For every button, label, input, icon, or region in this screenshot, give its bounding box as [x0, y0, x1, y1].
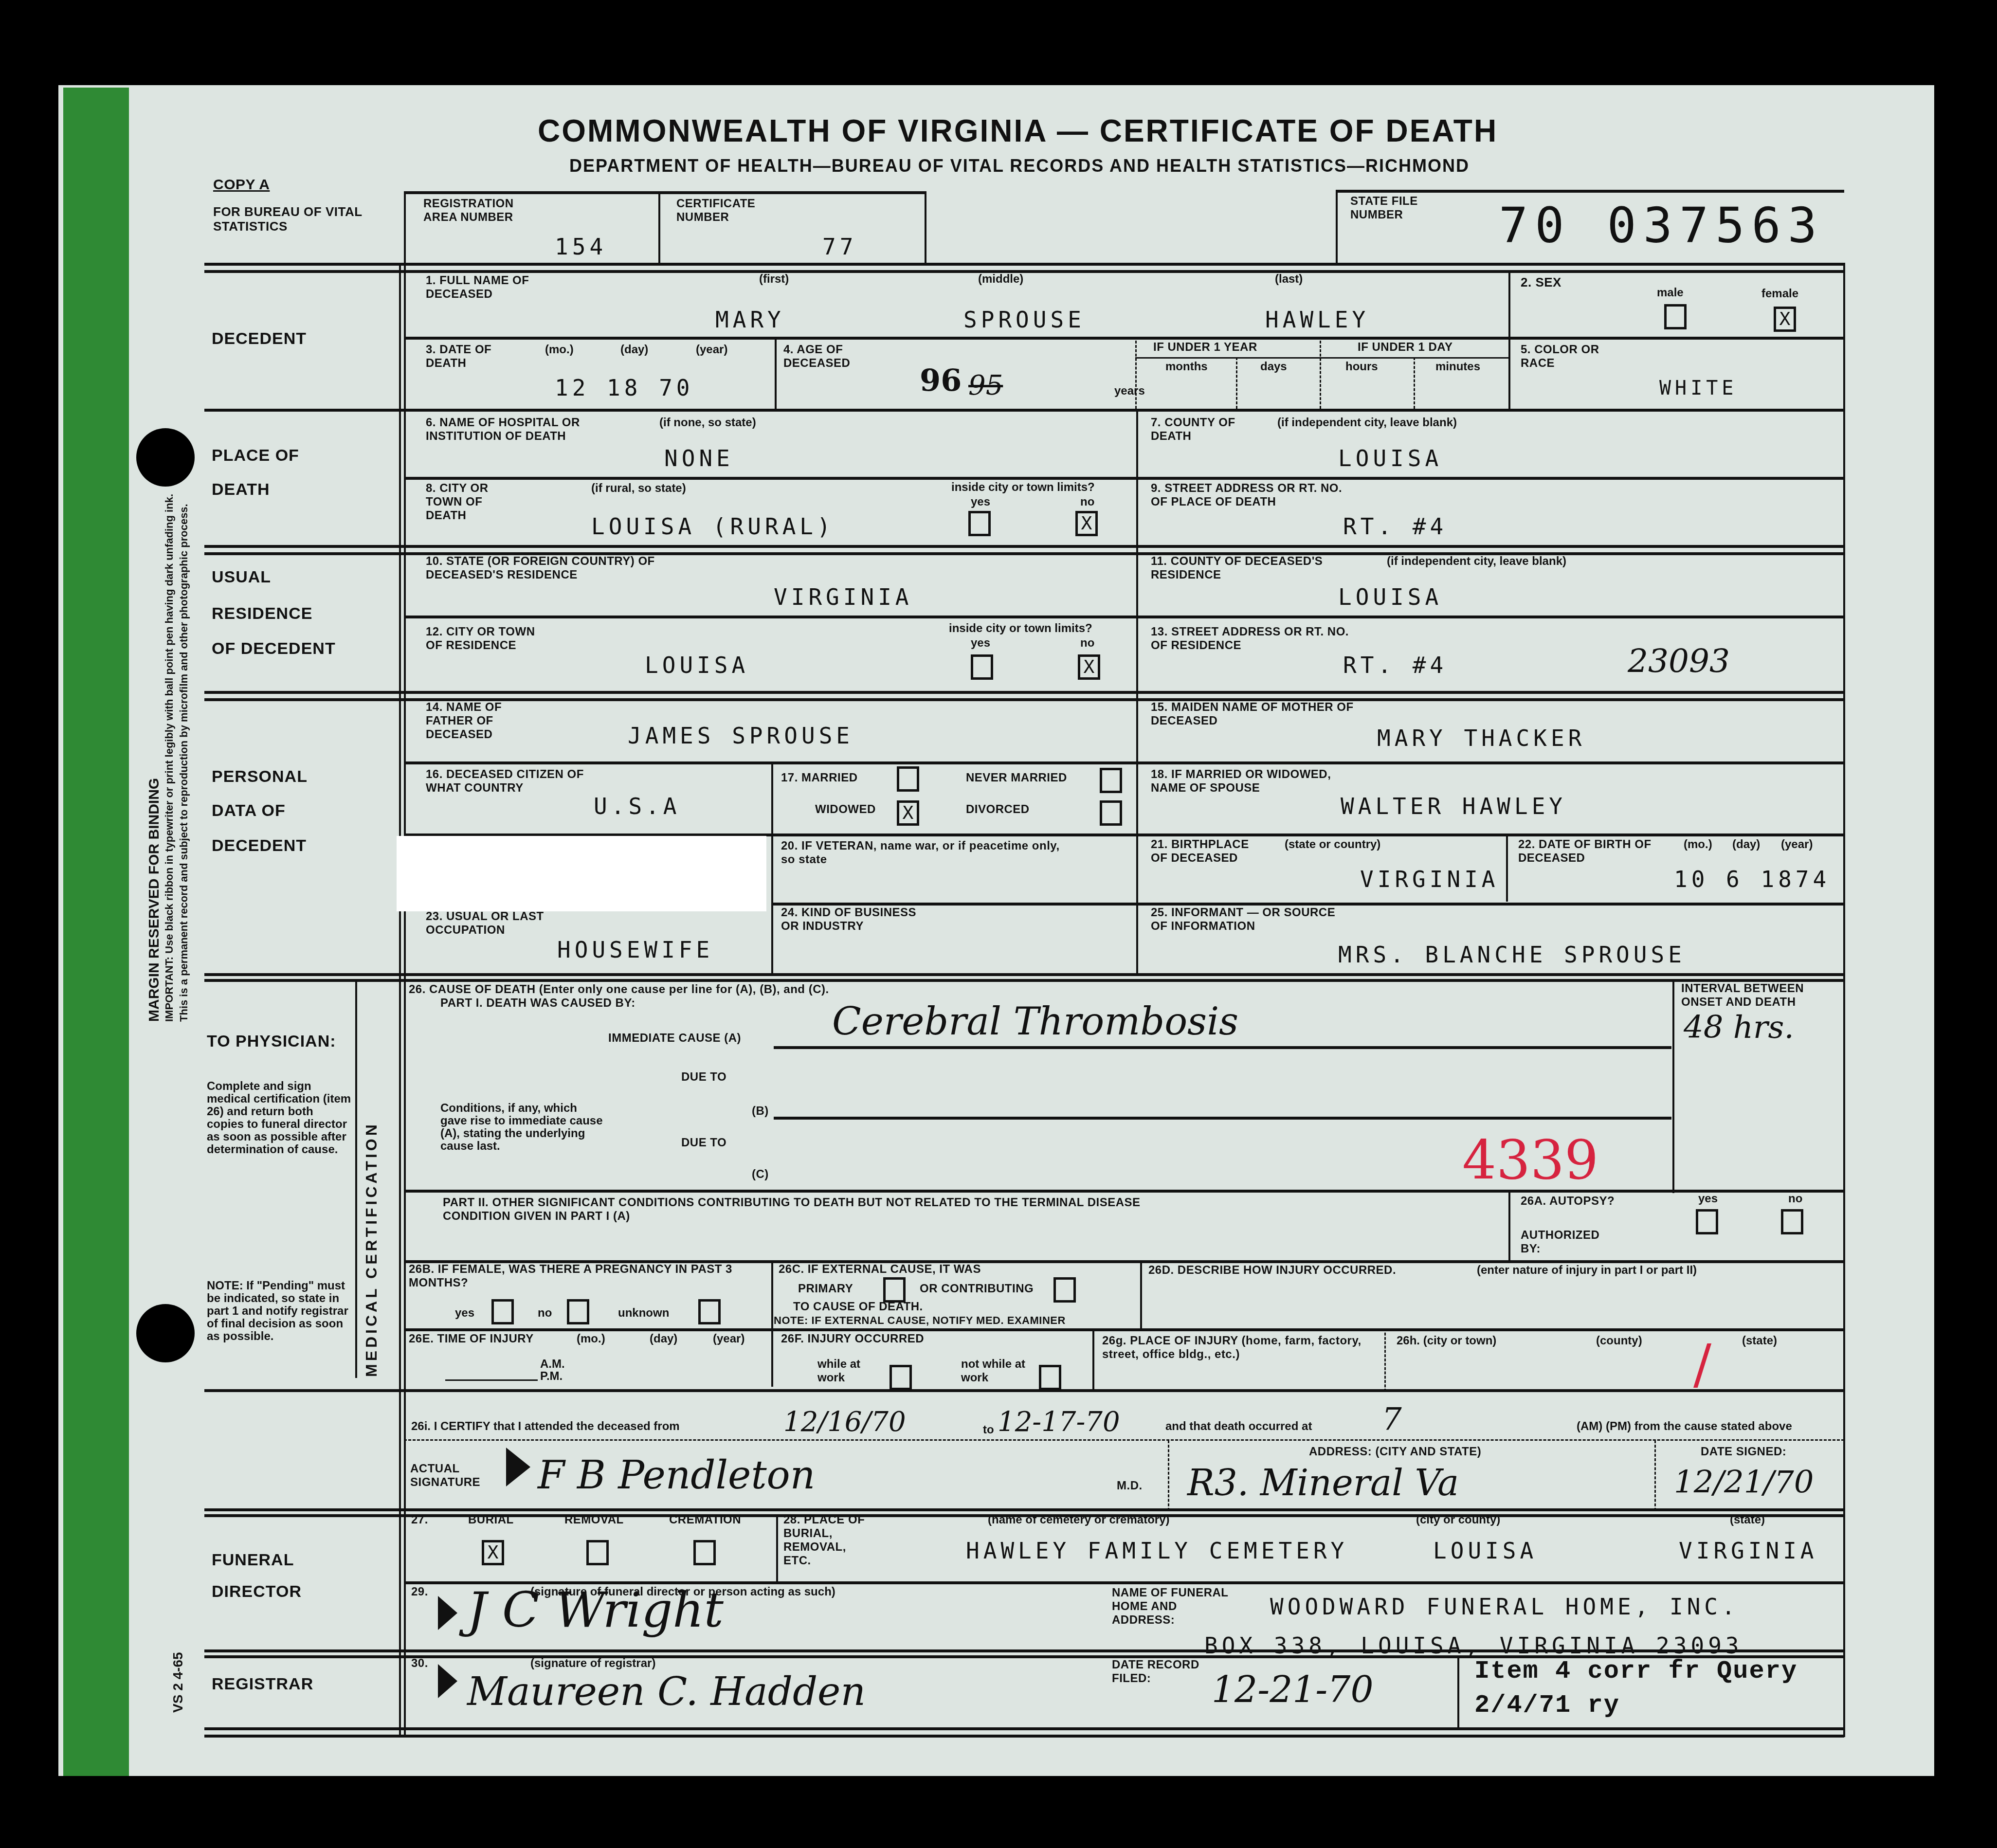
- preg-unknown-checkbox[interactable]: [698, 1299, 721, 1324]
- address-label: ADDRESS: (CITY AND STATE): [1309, 1445, 1481, 1459]
- pm-label: P.M.: [540, 1370, 563, 1383]
- copy-for: FOR BUREAU OF VITAL STATISTICS: [213, 204, 388, 234]
- immediate-cause: Cerebral Thrombosis: [832, 1000, 1238, 1044]
- spouse: WALTER HAWLEY: [1341, 793, 1566, 819]
- f5-label: 5. COLOR OR RACE: [1521, 343, 1618, 370]
- informant: MRS. BLANCHE SPROUSE: [1338, 942, 1686, 968]
- f26e-hint-day: (day): [650, 1332, 677, 1346]
- autopsy-no-label: no: [1788, 1192, 1802, 1206]
- cemetery: HAWLEY FAMILY CEMETERY: [966, 1538, 1348, 1564]
- label-c: (C): [752, 1168, 769, 1181]
- interval-value: 48 hrs.: [1684, 1010, 1794, 1046]
- f26h-state-hint: (state): [1742, 1334, 1777, 1348]
- f7-hint: (if independent city, leave blank): [1277, 416, 1457, 430]
- f12-yes-label: yes: [971, 636, 990, 650]
- f29-label: 29.: [411, 1585, 428, 1599]
- autopsy-label: 26a. AUTOPSY?: [1521, 1195, 1615, 1208]
- registrar-signature[interactable]: Maureen C. Hadden: [467, 1669, 866, 1714]
- interval-label: INTERVAL BETWEEN ONSET AND DEATH: [1681, 982, 1827, 1009]
- death-at-label: and that death occurred at: [1165, 1420, 1312, 1433]
- contributing-checkbox[interactable]: [1053, 1277, 1076, 1303]
- section-personal-3: DECEDENT: [212, 828, 307, 863]
- death-time: 7: [1382, 1401, 1402, 1437]
- f12-no-label: no: [1080, 636, 1094, 650]
- f15-label: 15. MAIDEN NAME OF MOTHER OF DECEASED: [1151, 701, 1355, 728]
- city-of-death: LOUISA (RURAL): [591, 513, 835, 540]
- father: JAMES SPROUSE: [628, 723, 853, 749]
- date-filed: 12-21-70: [1212, 1669, 1374, 1711]
- f18-label: 18. IF MARRIED OR WIDOWED, NAME OF SPOUS…: [1151, 768, 1355, 795]
- punch-hole: [136, 428, 195, 487]
- registration-area-value: 154: [555, 234, 607, 260]
- section-personal-1: PERSONAL: [212, 759, 308, 794]
- burial-city-hint: (city or county): [1416, 1513, 1500, 1527]
- red-mark: /: [1693, 1333, 1711, 1395]
- f24-label: 24. KIND OF BUSINESS OR INDUSTRY: [781, 906, 927, 933]
- f8-label: 8. CITY OR TOWN OF DEATH: [426, 482, 523, 523]
- sex-male-checkbox[interactable]: [1664, 304, 1687, 329]
- burial-state: VIRGINIA: [1679, 1538, 1818, 1564]
- preg-unknown-label: unknown: [618, 1306, 669, 1320]
- pending-note: NOTE: If "Pending" must be indicated, so…: [207, 1280, 353, 1343]
- f16-label: 16. DECEASED CITIZEN OF WHAT COUNTRY: [426, 768, 601, 795]
- sex-male-label: male: [1657, 286, 1684, 300]
- f12-inside-limits: inside city or town limits?: [949, 622, 1092, 635]
- mother: MARY THACKER: [1377, 725, 1585, 751]
- am-label: A.M.: [540, 1358, 565, 1371]
- f26-label: 26. CAUSE OF DEATH (Enter only one cause…: [409, 983, 829, 996]
- f21-label: 21. BIRTHPLACE OF DECEASED: [1151, 838, 1258, 865]
- funeral-home-name: WOODWARD FUNERAL HOME, INC.: [1270, 1594, 1739, 1620]
- primary-checkbox[interactable]: [883, 1277, 906, 1303]
- state-of-residence: VIRGINIA: [774, 584, 913, 610]
- sex-female-label: female: [1761, 287, 1798, 301]
- binding-strip: [63, 88, 129, 1776]
- under-year-label: IF UNDER 1 YEAR: [1153, 341, 1257, 354]
- minutes-label: minutes: [1435, 360, 1480, 374]
- f21-hint: (state or country): [1285, 838, 1380, 852]
- section-res-3: OF DECEDENT: [212, 631, 336, 666]
- correction-line-2: 2/4/71 ry: [1474, 1691, 1620, 1720]
- street-of-death: RT. #4: [1343, 513, 1447, 540]
- actual-signature-label: ACTUAL SIGNATURE: [410, 1462, 483, 1489]
- date-signed-label: DATE SIGNED:: [1701, 1445, 1786, 1459]
- ampm-suffix: (AM) (PM) from the cause stated above: [1577, 1420, 1792, 1433]
- cemetery-hint: (name of cemetery or crematory): [988, 1513, 1169, 1527]
- f2-label: 2. SEX: [1521, 275, 1561, 290]
- age-struck: 95: [968, 370, 1003, 401]
- last-name: HAWLEY: [1265, 307, 1369, 333]
- divorced-checkbox[interactable]: [1100, 800, 1122, 826]
- red-code: 4339: [1462, 1129, 1598, 1191]
- section-personal-2: DATA OF: [212, 793, 286, 828]
- birth-date: 10 6 1874: [1674, 866, 1830, 892]
- f20-label: 20. IF VETERAN, name war, or if peacetim…: [781, 839, 1073, 867]
- months-label: months: [1165, 360, 1208, 374]
- f28-label: 28. PLACE OF BURIAL, REMOVAL, ETC.: [783, 1513, 876, 1568]
- part2-label: PART II. OTHER SIGNIFICANT CONDITIONS CO…: [443, 1196, 1173, 1223]
- preg-yes-label: yes: [455, 1306, 474, 1320]
- f26d-label: 26d. DESCRIBE HOW INJURY OCCURRED.: [1148, 1264, 1396, 1277]
- sex-female-checkbox[interactable]: X: [1774, 307, 1796, 332]
- f22-hint-year: (year): [1781, 838, 1813, 852]
- autopsy-yes-label: yes: [1698, 1192, 1718, 1206]
- f22-hint-day: (day): [1732, 838, 1760, 852]
- county-of-death: LOUISA: [1338, 445, 1442, 471]
- burial-state-hint: (state): [1730, 1513, 1765, 1527]
- burial-label: BURIAL: [468, 1513, 514, 1527]
- cremation-label: CREMATION: [669, 1513, 741, 1527]
- binding-note-2: This is a permanent record and subject t…: [178, 504, 190, 1022]
- section-decedent: DECEDENT: [212, 321, 307, 356]
- hint-last: (last): [1275, 272, 1303, 286]
- f25-label: 25. INFORMANT — OR SOURCE OF INFORMATION: [1151, 906, 1355, 933]
- f11-hint: (if independent city, leave blank): [1387, 555, 1566, 568]
- certificate-number-value: 77: [822, 234, 857, 260]
- funeral-home-label: NAME OF FUNERAL HOME AND ADDRESS:: [1112, 1586, 1229, 1627]
- f9-label: 9. STREET ADDRESS OR RT. NO. OF PLACE OF…: [1151, 482, 1355, 509]
- hint-year: (year): [696, 343, 727, 357]
- attended-from: 12/16/70: [783, 1406, 906, 1438]
- preg-no-checkbox[interactable]: [567, 1299, 589, 1324]
- funeral-home-address: BOX 338, LOUISA, VIRGINIA 23093: [1204, 1632, 1743, 1659]
- autopsy-no-checkbox[interactable]: [1781, 1209, 1803, 1234]
- f17-widowed-label: WIDOWED: [815, 803, 876, 816]
- f26f-label: 26f. INJURY OCCURRED: [781, 1332, 924, 1346]
- f27-label: 27.: [411, 1513, 428, 1527]
- page-subtitle: DEPARTMENT OF HEALTH—BUREAU OF VITAL REC…: [569, 156, 1470, 176]
- page-title: COMMONWEALTH OF VIRGINIA — CERTIFICATE O…: [538, 113, 1498, 149]
- label-b: (B): [752, 1105, 769, 1118]
- correction-line-1: Item 4 corr fr Query: [1474, 1657, 1797, 1685]
- f12-label: 12. CITY OR TOWN OF RESIDENCE: [426, 625, 552, 652]
- f14-label: 14. NAME OF FATHER OF DECEASED: [426, 701, 552, 742]
- due-to-1: DUE TO: [681, 1070, 726, 1084]
- f3-label: 3. DATE OF DEATH: [426, 343, 508, 370]
- hours-label: hours: [1345, 360, 1378, 374]
- age-years-label: years: [1114, 384, 1145, 398]
- punch-hole: [136, 1304, 195, 1362]
- director-signature[interactable]: J C Wright: [467, 1581, 724, 1638]
- redacted-block: [397, 836, 766, 911]
- age-value: 96: [920, 362, 962, 398]
- section-res-1: USUAL: [212, 560, 271, 595]
- f13-label: 13. STREET ADDRESS OR RT. NO. OF RESIDEN…: [1151, 625, 1355, 652]
- copy-label: COPY A: [213, 178, 270, 192]
- while-work-label: while at work: [817, 1358, 876, 1385]
- f26e-hint-year: (year): [713, 1332, 744, 1346]
- form-code: VS 2 4-65: [170, 1652, 186, 1713]
- f8-yes-label: yes: [971, 495, 990, 509]
- race: WHITE: [1659, 377, 1737, 399]
- certificate-number-label: CERTIFICATE NUMBER: [676, 197, 783, 224]
- f8-hint: (if rural, so state): [591, 482, 686, 495]
- immediate-label: IMMEDIATE CAUSE (A): [608, 1032, 741, 1045]
- certify-prefix: 26i. I CERTIFY that I attended the decea…: [411, 1420, 680, 1433]
- physician-address: R3. Mineral Va: [1187, 1462, 1459, 1504]
- due-to-2: DUE TO: [681, 1136, 726, 1150]
- not-while-work-label: not while at work: [961, 1358, 1034, 1385]
- burial-city: LOUISA: [1433, 1538, 1537, 1564]
- f26c-label: 26c. IF EXTERNAL CAUSE, IT WAS: [779, 1263, 981, 1276]
- binding-title: MARGIN RESERVED FOR BINDING: [146, 778, 163, 1022]
- cremation-checkbox[interactable]: [693, 1540, 716, 1565]
- removal-checkbox[interactable]: [586, 1540, 609, 1565]
- section-place-2: DEATH: [212, 472, 270, 507]
- f17-married-label: 17. MARRIED: [781, 771, 858, 785]
- f22-hint-mo: (mo.): [1684, 838, 1712, 852]
- state-file-value: 70 037563: [1499, 197, 1824, 254]
- to-physician-label: TO PHYSICIAN:: [207, 1032, 336, 1051]
- to-label: to: [983, 1423, 994, 1437]
- hint-day: (day): [620, 343, 648, 357]
- section-funeral-1: FUNERAL: [212, 1542, 294, 1577]
- f8-no-checkbox[interactable]: X: [1075, 511, 1098, 536]
- f7-label: 7. COUNTY OF DEATH: [1151, 416, 1248, 443]
- physician-signature[interactable]: F B Pendleton: [538, 1452, 815, 1498]
- authorized-by-label: AUTHORIZED BY:: [1521, 1229, 1579, 1256]
- f22-label: 22. DATE OF BIRTH OF DECEASED: [1518, 838, 1664, 865]
- days-label: days: [1260, 360, 1287, 374]
- occupation: HOUSEWIFE: [557, 937, 713, 963]
- f11-label: 11. COUNTY OF DECEASED'S RESIDENCE: [1151, 555, 1360, 582]
- medical-certification-label: MEDICAL CERTIFICATION: [363, 1122, 381, 1377]
- f6-hint: (if none, so state): [659, 416, 756, 430]
- date-of-death: 12 18 70: [555, 375, 694, 401]
- hint-mo: (mo.): [545, 343, 574, 357]
- birthplace: VIRGINIA: [1360, 866, 1499, 892]
- first-name: MARY: [715, 307, 785, 333]
- f12-yes-checkbox[interactable]: [971, 654, 993, 680]
- f26g-label: 26g. PLACE OF INJURY (home, farm, factor…: [1102, 1334, 1375, 1361]
- f26b-label: 26b. IF FEMALE, WAS THERE A PREGNANCY IN…: [409, 1263, 764, 1290]
- date-signed: 12/21/70: [1674, 1465, 1814, 1501]
- f17-divorced-label: DIVORCED: [966, 803, 1030, 816]
- f6-label: 6. NAME OF HOSPITAL OR INSTITUTION OF DE…: [426, 416, 611, 443]
- f26e-hint-mo: (mo.): [577, 1332, 605, 1346]
- signature-arrow-icon: [506, 1448, 530, 1486]
- autopsy-yes-checkbox[interactable]: [1696, 1209, 1718, 1234]
- registrar-sig-hint: (signature of registrar): [530, 1657, 655, 1670]
- f30-label: 30.: [411, 1657, 428, 1670]
- while-work-checkbox[interactable]: [890, 1365, 912, 1390]
- not-while-work-checkbox[interactable]: [1039, 1365, 1061, 1390]
- hint-middle: (middle): [978, 272, 1023, 286]
- preg-yes-checkbox[interactable]: [491, 1299, 514, 1324]
- section-registrar: REGISTRAR: [212, 1667, 313, 1702]
- city-of-residence: LOUISA: [645, 652, 749, 678]
- conditions-note: Conditions, if any, which gave rise to i…: [440, 1102, 606, 1153]
- f23-label: 23. USUAL OR LAST OCCUPATION: [426, 910, 562, 937]
- f26h-county-hint: (county): [1596, 1334, 1642, 1348]
- f10-label: 10. STATE (OR FOREIGN COUNTRY) OF DECEAS…: [426, 555, 698, 582]
- state-file-label: STATE FILE NUMBER: [1350, 195, 1423, 222]
- burial-checkbox[interactable]: X: [482, 1540, 504, 1565]
- under-day-label: IF UNDER 1 DAY: [1358, 341, 1452, 354]
- to-cause-label: TO CAUSE OF DEATH.: [793, 1300, 923, 1314]
- street-of-residence: RT. #4: [1343, 652, 1447, 678]
- zip-handwritten: 23093: [1628, 642, 1730, 680]
- date-filed-label: DATE RECORD FILED:: [1112, 1658, 1199, 1685]
- middle-name: SPROUSE: [963, 307, 1085, 333]
- f26h-label: 26h. (city or town): [1397, 1334, 1496, 1348]
- primary-label: PRIMARY: [798, 1282, 853, 1296]
- f26d-hint: (enter nature of injury in part I or par…: [1477, 1264, 1697, 1277]
- attended-to: 12-17-70: [998, 1406, 1120, 1438]
- f8-yes-checkbox[interactable]: [968, 511, 991, 536]
- f8-no-label: no: [1080, 495, 1094, 509]
- widowed-checkbox[interactable]: X: [897, 800, 919, 826]
- signature-arrow-icon: [438, 1664, 457, 1698]
- part1-label: PART I. DEATH WAS CAUSED BY:: [440, 996, 635, 1010]
- registration-area-label: REGISTRATION AREA NUMBER: [423, 197, 530, 224]
- contributing-label: or CONTRIBUTING: [920, 1282, 1034, 1296]
- signature-arrow-icon: [438, 1596, 457, 1630]
- never-married-checkbox[interactable]: [1100, 768, 1122, 793]
- section-place-1: PLACE OF: [212, 438, 299, 473]
- binding-note-1: IMPORTANT: Use black ribbon in typewrite…: [163, 494, 176, 1022]
- md-label: M.D.: [1117, 1479, 1143, 1493]
- hint-first: (first): [759, 272, 789, 286]
- physician-note: Complete and sign medical certification …: [207, 1080, 353, 1156]
- county-of-residence: LOUISA: [1338, 584, 1442, 610]
- f4-label: 4. AGE OF DECEASED: [783, 343, 886, 370]
- f1-label: 1. FULL NAME OF DECEASED: [426, 274, 552, 301]
- married-checkbox[interactable]: [897, 766, 919, 792]
- section-res-2: RESIDENCE: [212, 596, 312, 631]
- citizenship: U.S.A: [594, 793, 680, 819]
- f12-no-checkbox[interactable]: X: [1078, 654, 1100, 680]
- f26e-label: 26e. TIME OF INJURY: [409, 1332, 534, 1346]
- section-funeral-2: DIRECTOR: [212, 1574, 302, 1609]
- f17-never-label: NEVER MARRIED: [966, 771, 1067, 785]
- f8-inside-limits: inside city or town limits?: [951, 481, 1095, 494]
- removal-label: REMOVAL: [564, 1513, 624, 1527]
- hospital: NONE: [664, 445, 734, 471]
- external-note: NOTE: IF EXTERNAL CAUSE, NOTIFY MED. EXA…: [774, 1314, 1066, 1327]
- preg-no-label: no: [538, 1306, 552, 1320]
